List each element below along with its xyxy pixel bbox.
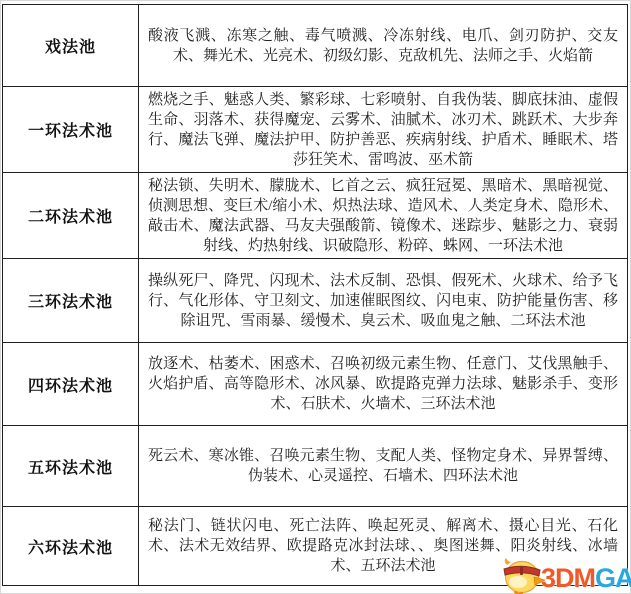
watermark-brand-game: GAME (595, 563, 631, 593)
chick-with-sunglasses-icon (501, 555, 545, 594)
row-spells-level5-pool: 死云术、寒冰锥、召唤元素生物、支配人类、怪物定身术、异界誓缚、伪装术、心灵遥控、… (139, 426, 628, 507)
table-row: 一环法术池 燃烧之手、魅惑人类、繁彩球、七彩喷射、自我伪装、脚底抹油、虚假生命、… (3, 87, 628, 173)
row-spells-level2-pool: 秘法锁、失明术、朦胧术、匕首之云、疯狂冠冕、黑暗术、黑暗视觉、侦测思想、变巨术/… (139, 173, 628, 259)
row-spells-level3-pool: 操纵死尸、降咒、闪现术、法术反制、恐惧、假死术、火球术、给予飞行、气化形体、守卫… (139, 259, 628, 343)
row-label-level5-pool: 五环法术池 (3, 426, 139, 507)
row-label-level3-pool: 三环法术池 (3, 259, 139, 343)
row-label-cantrip-pool: 戏法池 (3, 5, 139, 87)
row-label-level4-pool: 四环法术池 (3, 343, 139, 426)
page: 戏法池 酸液飞溅、冻寒之触、毒气喷溅、冷冻射线、电爪、剑刃防护、交友术、舞光术、… (0, 0, 631, 594)
table-row: 四环法术池 放逐术、枯萎术、困惑术、召唤初级元素生物、任意门、艾伐黑触手、火焰护… (3, 343, 628, 426)
watermark-3dmgame: 3DM GAME (501, 553, 631, 593)
row-label-level1-pool: 一环法术池 (3, 87, 139, 173)
row-label-level2-pool: 二环法术池 (3, 173, 139, 259)
watermark-brand-3dm: 3DM (541, 563, 595, 593)
table-row: 三环法术池 操纵死尸、降咒、闪现术、法术反制、恐惧、假死术、火球术、给予飞行、气… (3, 259, 628, 343)
row-spells-level1-pool: 燃烧之手、魅惑人类、繁彩球、七彩喷射、自我伪装、脚底抹油、虚假生命、羽落术、获得… (139, 87, 628, 173)
spell-pool-table: 戏法池 酸液飞溅、冻寒之触、毒气喷溅、冷冻射线、电爪、剑刃防护、交友术、舞光术、… (2, 4, 628, 586)
row-spells-level4-pool: 放逐术、枯萎术、困惑术、召唤初级元素生物、任意门、艾伐黑触手、火焰护盾、高等隐形… (139, 343, 628, 426)
row-label-level6-pool: 六环法术池 (3, 507, 139, 586)
table-row: 戏法池 酸液飞溅、冻寒之触、毒气喷溅、冷冻射线、电爪、剑刃防护、交友术、舞光术、… (3, 5, 628, 87)
table-row: 二环法术池 秘法锁、失明术、朦胧术、匕首之云、疯狂冠冕、黑暗术、黑暗视觉、侦测思… (3, 173, 628, 259)
table-row: 五环法术池 死云术、寒冰锥、召唤元素生物、支配人类、怪物定身术、异界誓缚、伪装术… (3, 426, 628, 507)
row-spells-cantrip-pool: 酸液飞溅、冻寒之触、毒气喷溅、冷冻射线、电爪、剑刃防护、交友术、舞光术、光亮术、… (139, 5, 628, 87)
